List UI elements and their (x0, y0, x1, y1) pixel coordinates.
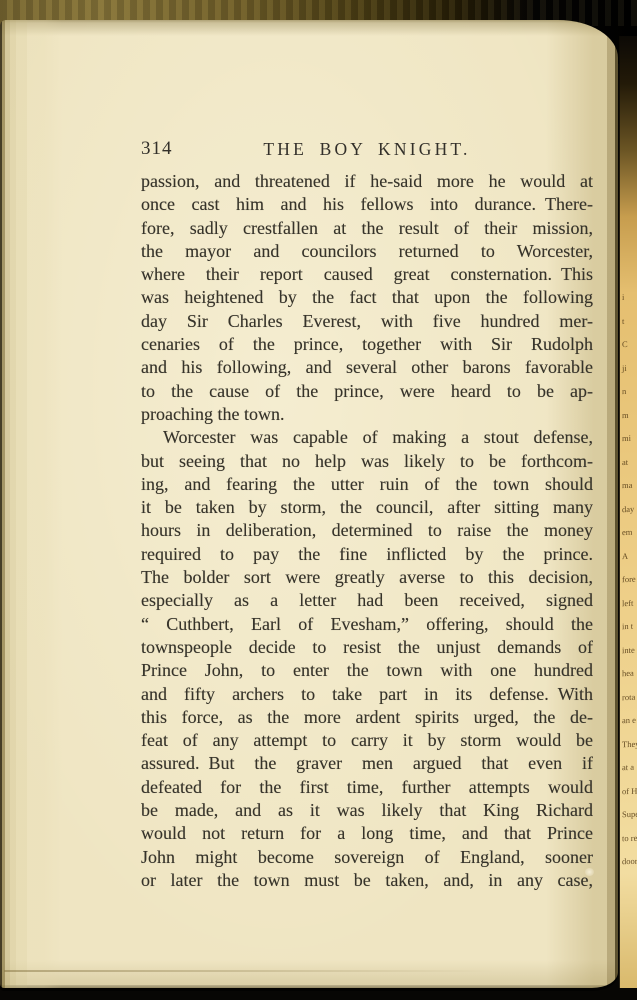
edge-text-fragment: fore (622, 575, 636, 584)
edge-text-fragment: They (622, 739, 637, 749)
text-line: required to pay the fine inflicted by th… (141, 543, 593, 566)
edge-text-fragment: an e (622, 716, 636, 725)
text-line: hours in deliberation, determined to rai… (141, 519, 593, 542)
edge-text-fragment: Supe (622, 810, 637, 820)
text-line: “ Cuthbert, Earl of Evesham,” offering, … (141, 613, 593, 636)
text-line: and fifty archers to take part in its de… (141, 683, 593, 706)
text-line: the mayor and councilors returned to Wor… (141, 240, 593, 263)
edge-text-fragment: C (622, 340, 628, 349)
text-line: fore, sadly crestfallen at the result of… (141, 217, 593, 240)
edge-text-fragment: hea (622, 669, 634, 678)
text-line: townspeople decide to resist the unjust … (141, 636, 593, 659)
book-scan-photo: 314 THE BOY KNIGHT. passion, and threate… (0, 0, 637, 1000)
text-line: be made, and as it was likely that King … (141, 799, 593, 822)
edge-text-fragment: m (622, 410, 629, 419)
edge-text-fragment: rota (622, 692, 635, 701)
text-line: passion, and threatened if he-said more … (141, 170, 593, 193)
edge-text-fragment: i (622, 293, 624, 302)
page-header: 314 THE BOY KNIGHT. (141, 138, 593, 164)
edge-text-fragment: door, (622, 857, 637, 867)
text-line: Prince John, to enter the town with one … (141, 659, 593, 682)
page-body-text: passion, and threatened if he-said more … (141, 170, 593, 892)
text-line: to the cause of the prince, were heard t… (141, 380, 593, 403)
edge-text-fragment: inte (622, 645, 635, 654)
edge-text-fragment: ji (622, 363, 627, 372)
page-stack-line (4, 970, 498, 972)
text-line: defeated for the first time, further att… (141, 776, 593, 799)
text-line: or later the town must be taken, and, in… (141, 869, 593, 892)
text-line: Worcester was capable of making a stout … (141, 426, 593, 449)
text-line: especially as a letter had been received… (141, 589, 593, 612)
edge-text-fragment: A (622, 551, 628, 560)
edge-text-fragment: left (622, 598, 633, 607)
edge-text-fragment: at a (622, 763, 634, 772)
text-line: cenaries of the prince, together with Si… (141, 333, 593, 356)
text-line: John might become sovereign of England, … (141, 846, 593, 869)
dust-speck (585, 868, 594, 876)
text-line: feat of any attempt to carry it by storm… (141, 729, 593, 752)
book-page: 314 THE BOY KNIGHT. passion, and threate… (0, 20, 618, 988)
edge-text-fragment: em (622, 528, 632, 537)
text-line: was heightened by the fact that upon the… (141, 286, 593, 309)
edge-text-fragment: in t (622, 622, 633, 631)
edge-text-fragment: day (622, 504, 634, 513)
edge-text-fragment: of H (622, 786, 637, 796)
text-line: this force, as the more ardent spirits u… (141, 706, 593, 729)
text-line: day Sir Charles Everest, with five hundr… (141, 310, 593, 333)
facing-page-edge: itCjinmmiatmadayemAforeleftin tintehearo… (619, 36, 637, 988)
edge-text-fragment: mi (622, 434, 631, 443)
text-line: it be taken by storm, the council, after… (141, 496, 593, 519)
text-line: where their report caused great constern… (141, 263, 593, 286)
text-line: assured. But the graver men argued that … (141, 752, 593, 775)
text-line: ing, and fearing the utter ruin of the t… (141, 473, 593, 496)
edge-text-fragment: ma (622, 481, 632, 490)
text-line: once cast him and his fellows into duran… (141, 193, 593, 216)
text-line: would not return for a long time, and th… (141, 822, 593, 845)
running-title: THE BOY KNIGHT. (141, 139, 593, 160)
edge-text-fragment: n (622, 387, 626, 396)
text-line: The bolder sort were greatly averse to t… (141, 566, 593, 589)
text-line: and his following, and several other bar… (141, 356, 593, 379)
text-line: but seeing that no help was likely to be… (141, 450, 593, 473)
text-line: proaching the town. (141, 403, 593, 426)
edge-text-fragment: to re (622, 833, 637, 843)
edge-text-fragment: at (622, 457, 628, 466)
edge-text-fragment: t (622, 316, 624, 325)
